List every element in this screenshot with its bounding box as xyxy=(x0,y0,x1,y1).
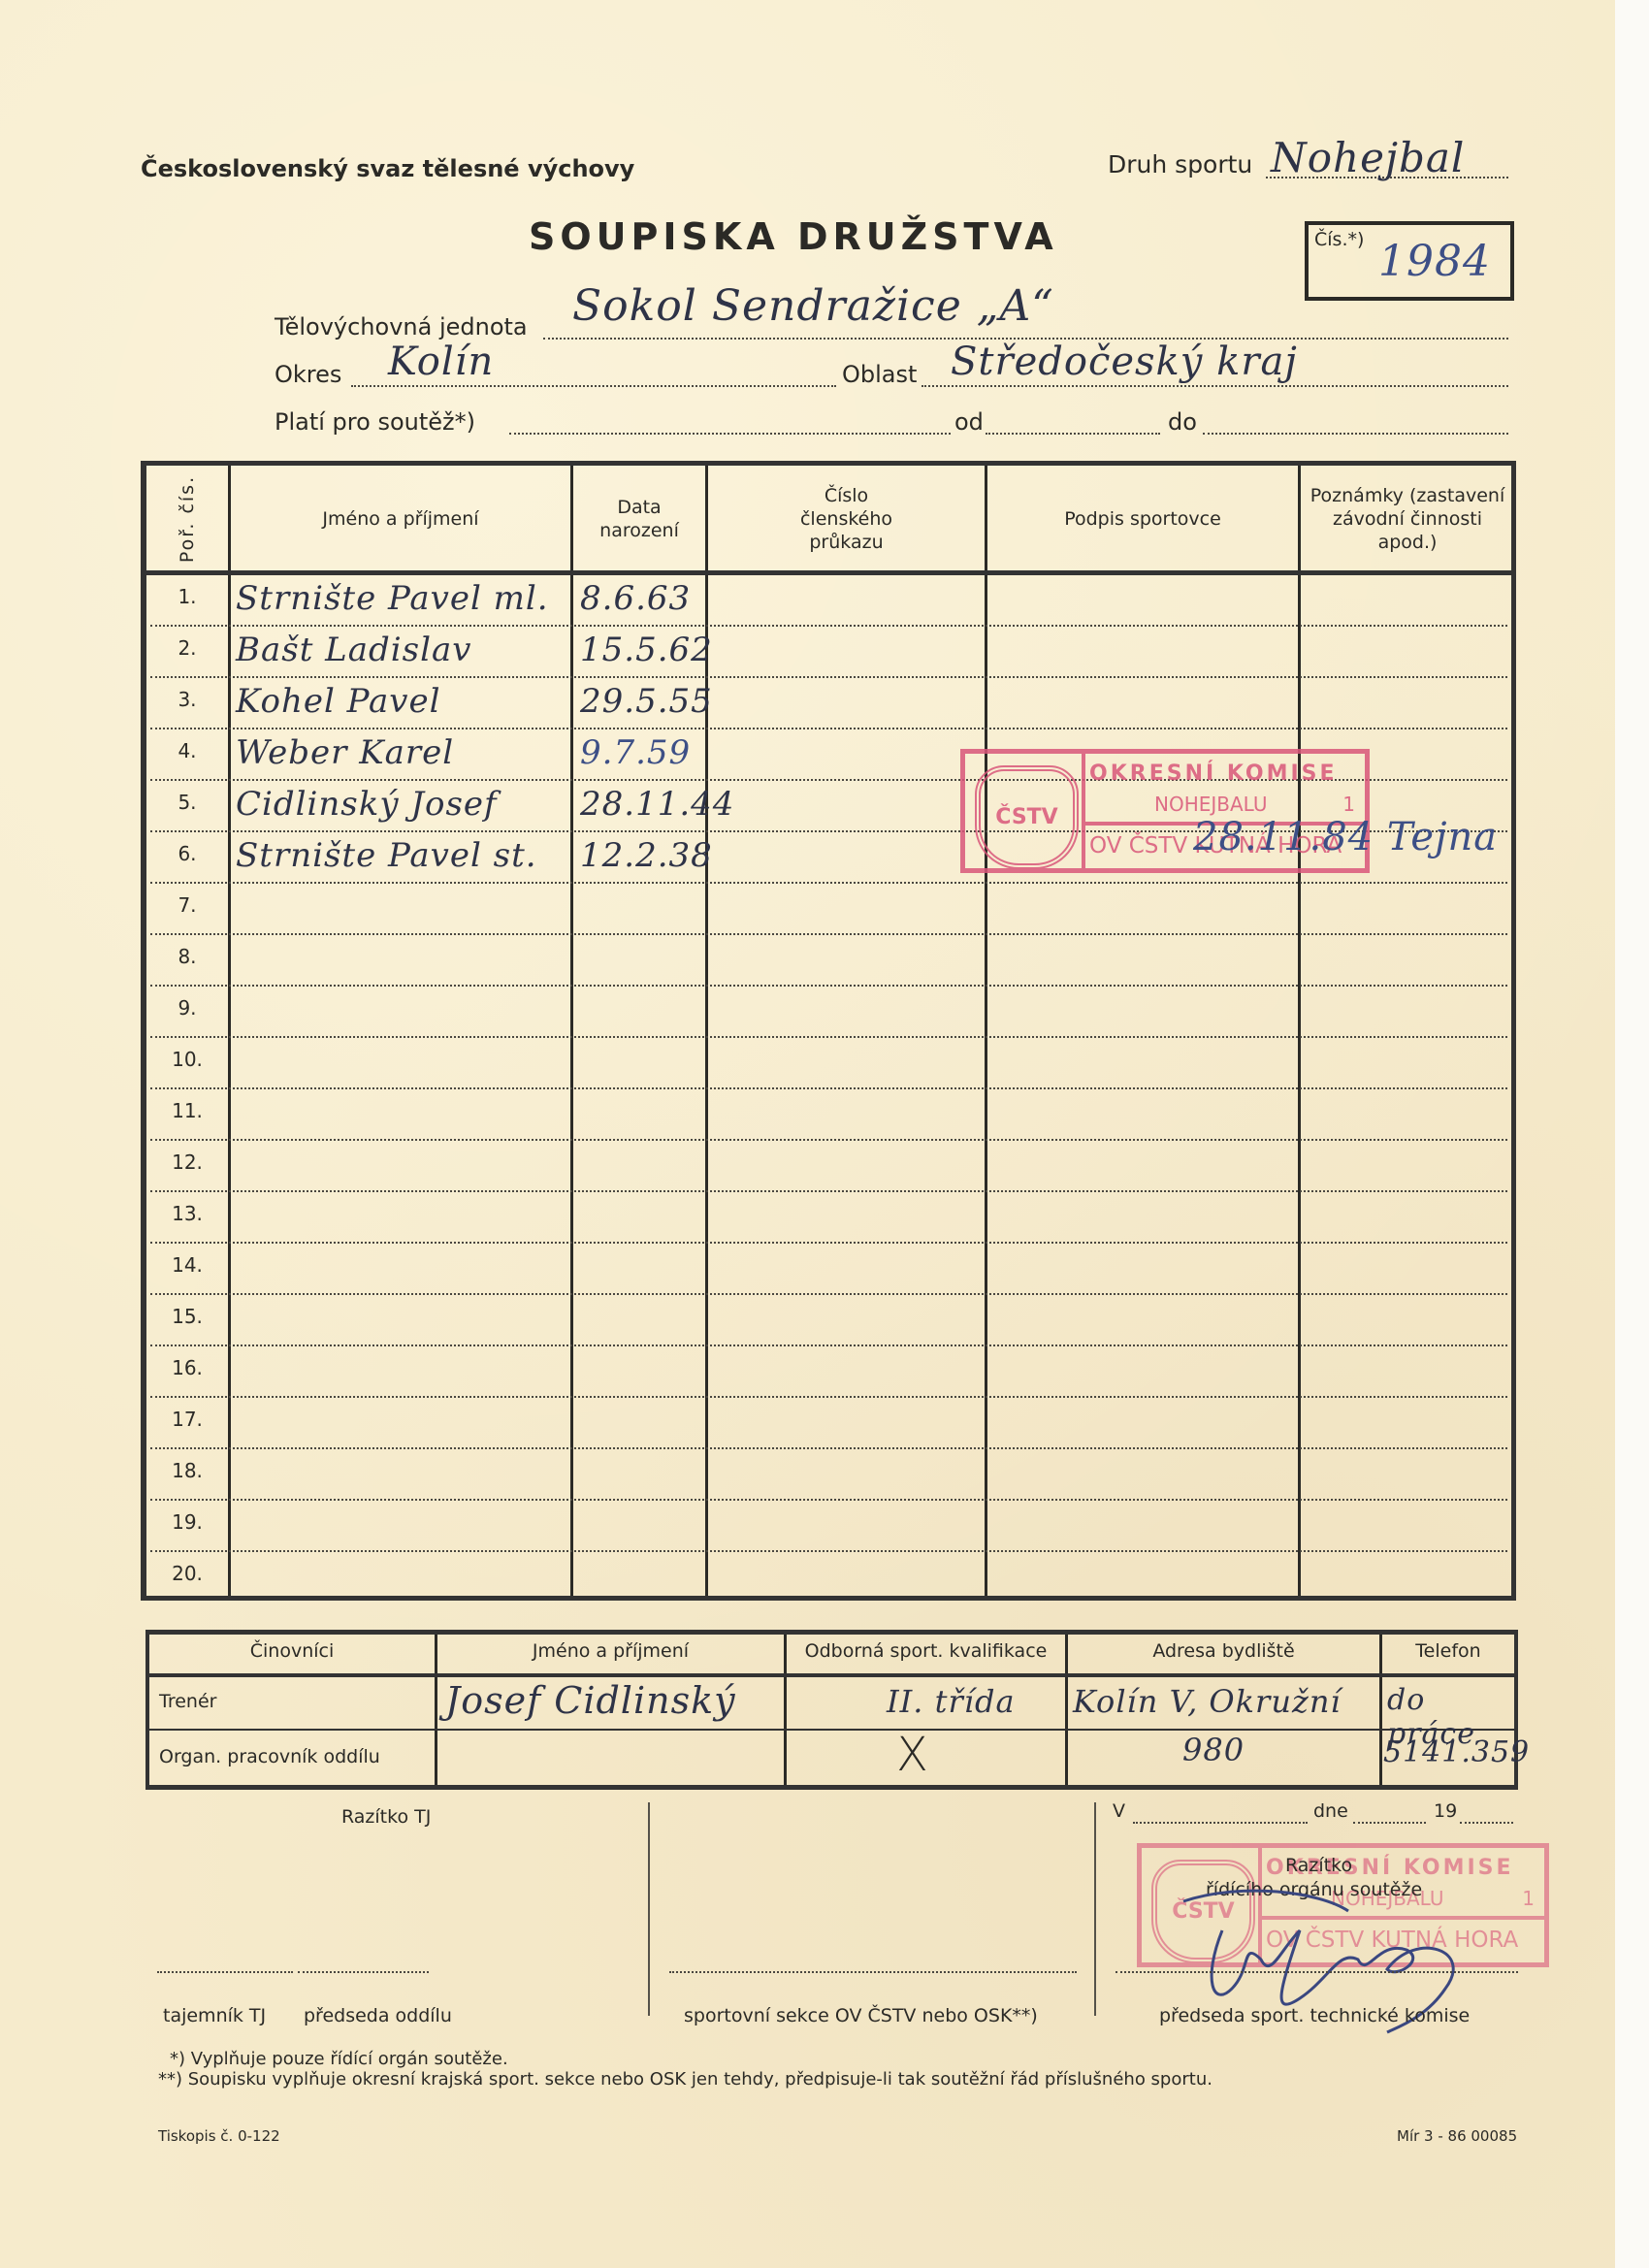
table-row[interactable]: 15. xyxy=(146,1295,1511,1346)
do-line[interactable] xyxy=(1203,433,1508,435)
player-dob[interactable]: 28.11.44 xyxy=(580,785,734,824)
od-label: od xyxy=(954,408,984,436)
player-name[interactable]: Cidlinský Josef xyxy=(236,785,498,824)
trener-qualification[interactable]: II. třída xyxy=(887,1683,1016,1720)
year-line[interactable] xyxy=(1460,1822,1513,1824)
place-prefix: V xyxy=(1113,1800,1125,1822)
col-header-signature: Podpis sportovce xyxy=(987,466,1298,572)
table-row[interactable]: 18. xyxy=(146,1449,1511,1501)
table-row[interactable]: 14. xyxy=(146,1244,1511,1295)
plati-label: Platí pro soutěž*) xyxy=(275,408,475,436)
table-row[interactable]: 1.Strnište Pavel ml.8.6.63 xyxy=(146,575,1511,627)
table-row[interactable]: 2.Bašt Ladislav15.5.62 xyxy=(146,627,1511,678)
col-header-card: Číslo členského průkazu xyxy=(708,466,985,572)
predseda-oddilu-line[interactable] xyxy=(298,1971,429,1973)
cis-box: Čís.*) 1984 xyxy=(1305,221,1514,301)
od-line[interactable] xyxy=(986,433,1160,435)
okres-line xyxy=(351,385,836,387)
table-row[interactable]: 3.Kohel Pavel29.5.55 xyxy=(146,678,1511,729)
officials-table: Činovníci Jméno a příjmení Odborná sport… xyxy=(145,1630,1518,1790)
role-trener: Trenér xyxy=(159,1691,216,1712)
document-page: Československý svaz tělesné výchovy Druh… xyxy=(0,0,1615,2268)
cis-label: Čís.*) xyxy=(1314,229,1364,250)
officials-header-name: Jméno a příjmení xyxy=(437,1640,784,1662)
stamp-signature: 28.11.84 Tejna xyxy=(1193,815,1498,859)
col-header-por: Poř. čís. xyxy=(146,466,228,572)
do-label: do xyxy=(1168,408,1197,436)
form-number: Tiskopis č. 0-122 xyxy=(158,2127,280,2145)
date-line[interactable] xyxy=(1353,1822,1426,1824)
player-dob[interactable]: 15.5.62 xyxy=(580,631,713,669)
tajemnik-label: tajemník TJ xyxy=(163,2005,266,2026)
cstv-logo-icon: ČSTV xyxy=(975,765,1079,869)
player-dob[interactable]: 29.5.55 xyxy=(580,682,713,721)
player-name[interactable]: Strnište Pavel ml. xyxy=(236,579,549,618)
officials-header-qualification: Odborná sport. kvalifikace xyxy=(787,1640,1065,1662)
table-row[interactable]: 10. xyxy=(146,1038,1511,1089)
table-row[interactable]: 7. xyxy=(146,884,1511,935)
organ-qualification[interactable]: X xyxy=(896,1728,928,1782)
table-row[interactable]: 17. xyxy=(146,1398,1511,1449)
trener-name[interactable]: Josef Cidlinský xyxy=(445,1679,736,1722)
plati-line[interactable] xyxy=(509,433,951,435)
table-row[interactable]: 20. xyxy=(146,1552,1511,1604)
organ-phone[interactable]: 5141.359 xyxy=(1383,1735,1530,1769)
page-title: SOUPISKA DRUŽSTVA xyxy=(529,215,1058,258)
year-prefix: 19 xyxy=(1434,1800,1457,1822)
table-row[interactable]: 11. xyxy=(146,1089,1511,1141)
okres-value[interactable]: Kolín xyxy=(388,340,494,384)
player-dob[interactable]: 8.6.63 xyxy=(580,579,691,618)
table-row[interactable]: 13. xyxy=(146,1192,1511,1244)
predseda-oddilu-label: předseda oddílu xyxy=(304,2005,452,2026)
sekce-label: sportovní sekce OV ČSTV nebo OSK**) xyxy=(684,2005,1038,2026)
officials-header-address: Adresa bydliště xyxy=(1068,1640,1379,1662)
date-label: dne xyxy=(1313,1800,1348,1822)
predseda-komise-line[interactable] xyxy=(1115,1971,1518,1973)
jednota-label: Tělovýchovná jednota xyxy=(275,313,528,340)
tajemnik-line[interactable] xyxy=(157,1971,293,1973)
oblast-value[interactable]: Středočeský kraj xyxy=(951,340,1298,384)
table-row[interactable]: 8. xyxy=(146,935,1511,987)
table-row[interactable]: 9. xyxy=(146,987,1511,1038)
table-row[interactable]: 12. xyxy=(146,1141,1511,1192)
player-name[interactable]: Kohel Pavel xyxy=(236,682,440,721)
col-header-notes: Poznámky (zastavení závodní činnosti apo… xyxy=(1301,466,1514,572)
table-row[interactable]: 16. xyxy=(146,1346,1511,1398)
trener-address[interactable]: Kolín V, Okružní xyxy=(1073,1683,1342,1720)
player-name[interactable]: Bašt Ladislav xyxy=(236,631,471,669)
print-code: Mír 3 - 86 00085 xyxy=(1397,2127,1517,2145)
roster-table: Poř. čís. Jméno a příjmení Data narození… xyxy=(141,461,1516,1601)
place-line[interactable] xyxy=(1133,1822,1308,1824)
jednota-value[interactable]: Sokol Sendražice „A“ xyxy=(572,281,1054,331)
organ-address[interactable]: 980 xyxy=(1182,1732,1245,1768)
cis-value[interactable]: 1984 xyxy=(1378,237,1491,286)
officials-header-phone: Telefon xyxy=(1382,1640,1514,1662)
player-dob[interactable]: 12.2.38 xyxy=(580,836,713,875)
role-organ-pracovnik: Organ. pracovník oddílu xyxy=(159,1746,380,1767)
sekce-line[interactable] xyxy=(669,1971,1077,1973)
organization-name: Československý svaz tělesné výchovy xyxy=(141,155,634,182)
footnote-1: *) Vyplňuje pouze řídící orgán soutěže. xyxy=(170,2049,508,2069)
footnote-2: **) Soupisku vyplňuje okresní krajská sp… xyxy=(158,2069,1212,2090)
player-name[interactable]: Strnište Pavel st. xyxy=(236,836,537,875)
table-row[interactable]: 19. xyxy=(146,1501,1511,1552)
col-header-dob: Data narození xyxy=(573,466,705,572)
oblast-label: Oblast xyxy=(842,361,917,388)
okres-label: Okres xyxy=(275,361,341,388)
player-dob[interactable]: 9.7.59 xyxy=(580,733,691,772)
player-name[interactable]: Weber Karel xyxy=(236,733,454,772)
oblast-line xyxy=(921,385,1508,387)
col-header-name: Jméno a příjmení xyxy=(231,466,570,572)
razitko-tj-label: Razítko TJ xyxy=(341,1806,431,1828)
predseda-komise-label: předseda sport. technické komise xyxy=(1159,2005,1470,2026)
officials-header-role: Činovníci xyxy=(149,1640,435,1662)
sport-value[interactable]: Nohejbal xyxy=(1271,134,1465,181)
sport-label: Druh sportu xyxy=(1108,150,1252,178)
